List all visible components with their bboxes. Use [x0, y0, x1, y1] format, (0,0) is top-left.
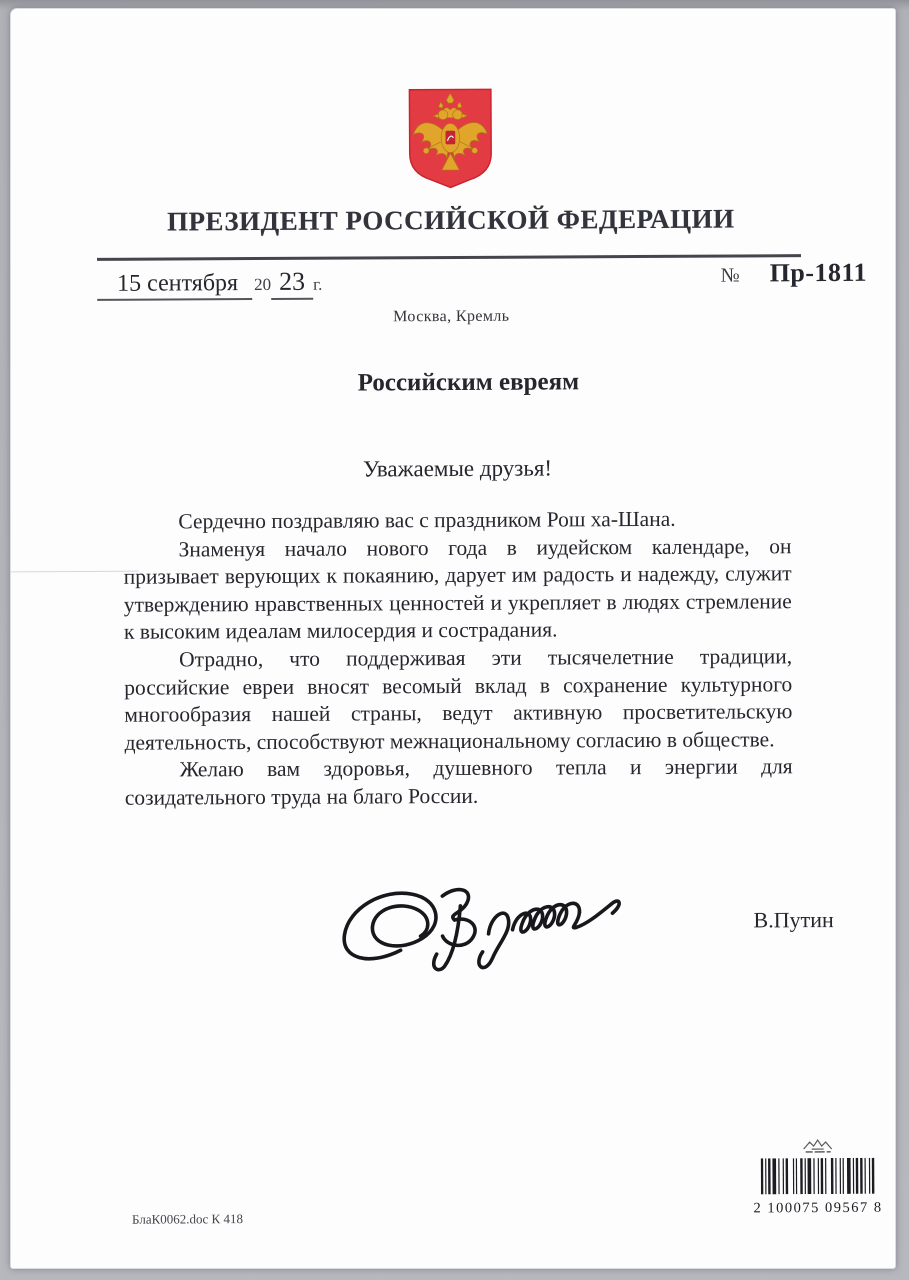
- salutation: Уважаемые друзья!: [363, 455, 552, 482]
- meta-row: 15 сентября2023г. №Пр-1811: [97, 264, 867, 301]
- barcode-block: 2 100075 09567 8: [752, 1137, 884, 1218]
- paragraph: Отрадно, что поддерживая эти тысячелетни…: [124, 643, 793, 757]
- letter-body: Сердечно поздравляю вас с праздником Рош…: [123, 505, 793, 812]
- paragraph: Сердечно поздравляю вас с праздником Рош…: [123, 505, 791, 536]
- letter-page: ПРЕЗИДЕНТ РОССИЙСКОЙ ФЕДЕРАЦИИ 15 сентяб…: [10, 8, 896, 1269]
- letter-content: ПРЕЗИДЕНТ РОССИЙСКОЙ ФЕДЕРАЦИИ 15 сентяб…: [8, 7, 899, 1271]
- handwritten-signature: [330, 861, 681, 975]
- paragraph: Желаю вам здоровья, душевного тепла и эн…: [125, 754, 793, 813]
- date-suffix: г.: [313, 275, 322, 294]
- scan-background: ПРЕЗИДЕНТ РОССИЙСКОЙ ФЕДЕРАЦИИ 15 сентяб…: [0, 0, 909, 1280]
- date-century: 20: [254, 275, 271, 294]
- barcode: [761, 1158, 875, 1195]
- russian-coat-of-arms-icon: [402, 85, 500, 192]
- number-sign: №: [721, 264, 740, 286]
- date-year: 23: [271, 267, 313, 300]
- addressee: Российским евреям: [358, 368, 580, 397]
- date-day-month: 15 сентября: [97, 270, 252, 301]
- letterhead-rule: [97, 254, 801, 261]
- signature-name: В.Путин: [753, 907, 833, 933]
- number-value: Пр-1811: [770, 258, 868, 288]
- date-line: 15 сентября2023г.: [97, 267, 322, 301]
- fold-line: [11, 571, 139, 573]
- eagle-stamp-icon: [798, 1137, 838, 1157]
- letterhead-title: ПРЕЗИДЕНТ РОССИЙСКОЙ ФЕДЕРАЦИИ: [9, 203, 893, 239]
- doc-code: БлаК0062.doc К 418: [132, 1211, 243, 1228]
- barcode-digits: 2 100075 09567 8: [752, 1200, 884, 1218]
- place-line: Москва, Кремль: [9, 306, 893, 329]
- paragraph: Знаменуя начало нового года в иудейском …: [123, 533, 792, 647]
- document-number: №Пр-1811: [720, 258, 867, 289]
